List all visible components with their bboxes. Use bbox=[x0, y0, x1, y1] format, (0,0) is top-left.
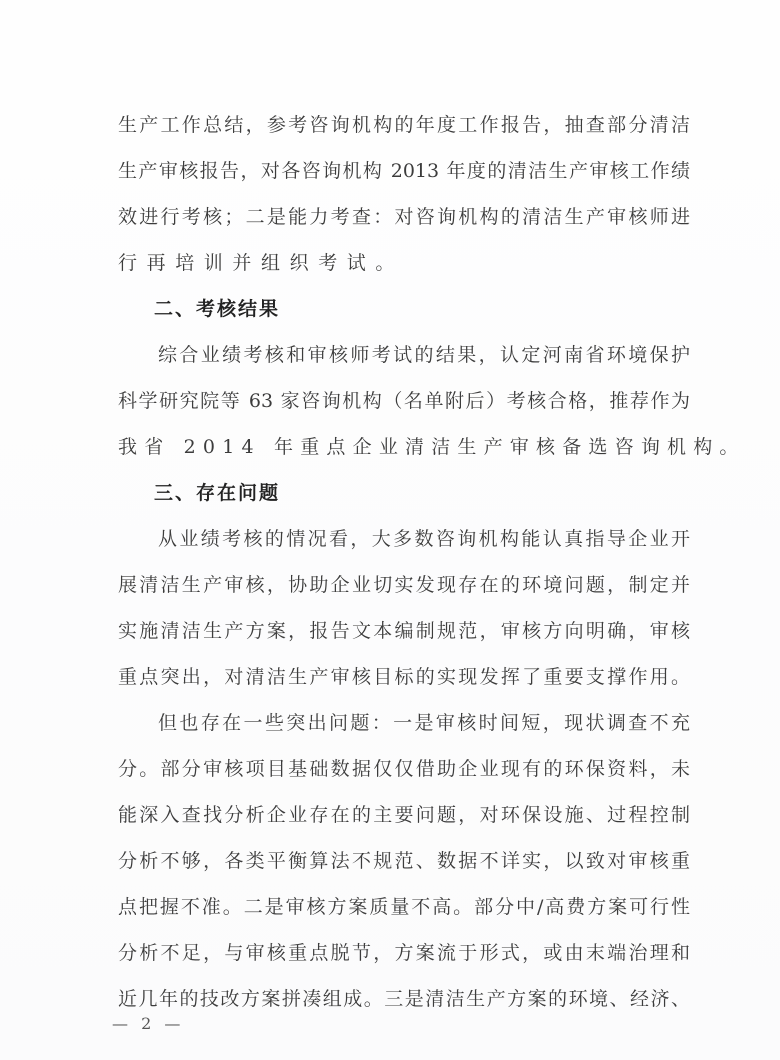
text-line: 近几年的技改方案拼凑组成。三是清洁生产方案的环境、经济、 bbox=[118, 982, 690, 1028]
text-line: 从业绩考核的情况看，大多数咨询机构能认真指导企业开 bbox=[118, 522, 690, 568]
text-line: 分析不足，与审核重点脱节，方案流于形式，或由末端治理和 bbox=[118, 936, 690, 982]
text-line: 重点突出，对清洁生产审核目标的实现发挥了重要支撑作用。 bbox=[118, 660, 690, 706]
text-line: 科学研究院等 63 家咨询机构（名单附后）考核合格，推荐作为 bbox=[118, 384, 690, 430]
problems-paragraph-a: 从业绩考核的情况看，大多数咨询机构能认真指导企业开 展清洁生产审核，协助企业切实… bbox=[118, 522, 690, 706]
text-line: 点把握不准。二是审核方案质量不高。部分中/高费方案可行性 bbox=[118, 890, 690, 936]
text-line: 生产审核报告，对各咨询机构 2013 年度的清洁生产审核工作绩 bbox=[118, 154, 690, 200]
section-heading-problems: 三、存在问题 bbox=[118, 476, 690, 522]
paragraph-continuation: 生产工作总结，参考咨询机构的年度工作报告，抽查部分清洁 生产审核报告，对各咨询机… bbox=[118, 108, 690, 292]
document-body: 生产工作总结，参考咨询机构的年度工作报告，抽查部分清洁 生产审核报告，对各咨询机… bbox=[118, 108, 690, 1028]
text-line: 能深入查找分析企业存在的主要问题，对环保设施、过程控制 bbox=[118, 798, 690, 844]
text-line: 分析不够，各类平衡算法不规范、数据不详实，以致对审核重 bbox=[118, 844, 690, 890]
document-page: 生产工作总结，参考咨询机构的年度工作报告，抽查部分清洁 生产审核报告，对各咨询机… bbox=[0, 0, 780, 1060]
section-heading-results: 二、考核结果 bbox=[118, 292, 690, 338]
text-line: 展清洁生产审核，协助企业切实发现存在的环境问题，制定并 bbox=[118, 568, 690, 614]
text-line: 我省 2014 年重点企业清洁生产审核备选咨询机构。 bbox=[118, 430, 690, 476]
problems-paragraph-b: 但也存在一些突出问题：一是审核时间短，现状调查不充 分。部分审核项目基础数据仅仅… bbox=[118, 706, 690, 1028]
page-number: — 2 — bbox=[112, 1014, 184, 1033]
text-line: 综合业绩考核和审核师考试的结果，认定河南省环境保护 bbox=[118, 338, 690, 384]
text-line: 实施清洁生产方案，报告文本编制规范，审核方向明确，审核 bbox=[118, 614, 690, 660]
text-line: 行再培训并组织考试。 bbox=[118, 246, 690, 292]
results-paragraph: 综合业绩考核和审核师考试的结果，认定河南省环境保护 科学研究院等 63 家咨询机… bbox=[118, 338, 690, 476]
text-line: 分。部分审核项目基础数据仅仅借助企业现有的环保资料，未 bbox=[118, 752, 690, 798]
text-line: 效进行考核；二是能力考查：对咨询机构的清洁生产审核师进 bbox=[118, 200, 690, 246]
text-line: 生产工作总结，参考咨询机构的年度工作报告，抽查部分清洁 bbox=[118, 108, 690, 154]
text-line: 但也存在一些突出问题：一是审核时间短，现状调查不充 bbox=[118, 706, 690, 752]
